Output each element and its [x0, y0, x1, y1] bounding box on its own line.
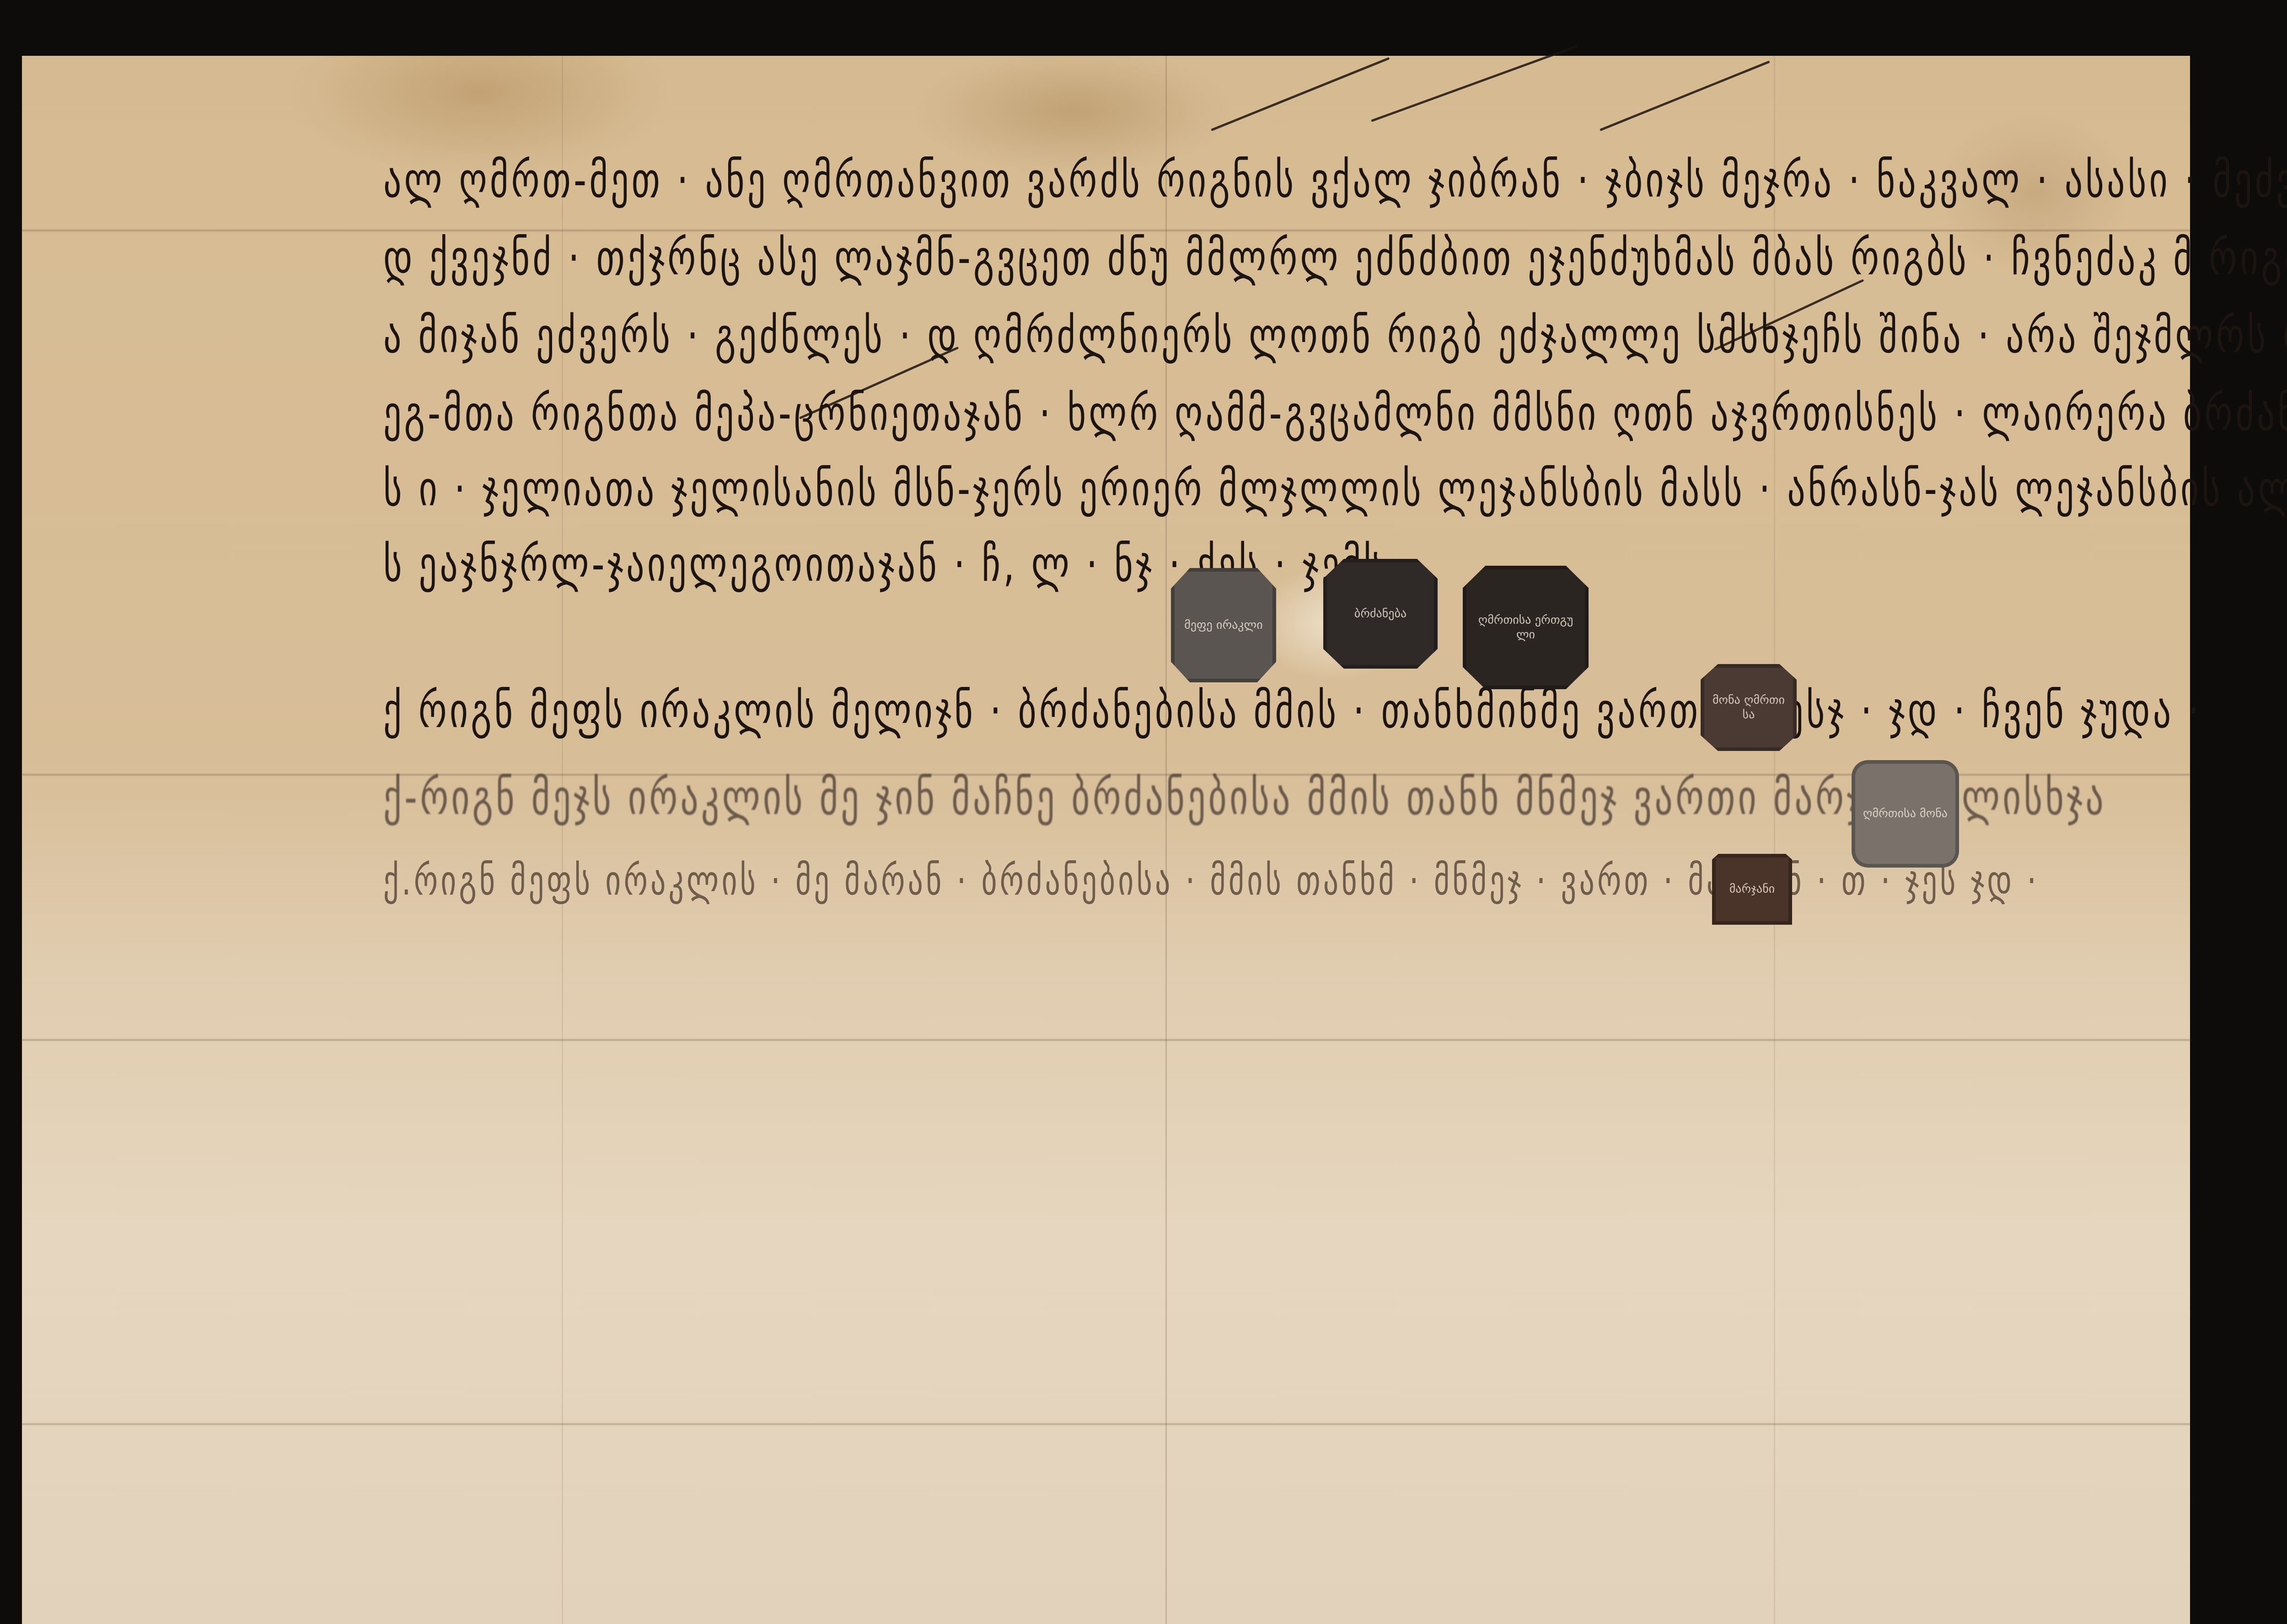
seal-inscription: მარჯანი: [1720, 873, 1784, 906]
calligraphic-stroke: [1371, 45, 1578, 122]
signature-line-2: ქ-რიგნ მეჯს ირაკლის მე ჯინ მაჩნე ბრძანებ…: [383, 774, 2106, 822]
seal-impression: მარჯანი: [1712, 854, 1792, 925]
seal-impression: ღმრთისა მონა: [1852, 760, 1959, 868]
fold-crease-vertical: [562, 56, 563, 1624]
seal-inscription: მეფე ირაკლი: [1175, 609, 1272, 642]
seal-impression: მეფე ირაკლი: [1171, 568, 1276, 682]
charter-line-1: ალ ღმრთ-მეთ · ანე ღმრთანვით ვარძს რიგნის…: [383, 156, 2287, 204]
calligraphic-stroke: [1600, 60, 1770, 131]
seal-inscription: ღმრთისა ერთგული: [1463, 604, 1589, 652]
seal-inscription: მონა ღმრთისა: [1701, 684, 1797, 732]
seal-inscription: ბრძანება: [1345, 597, 1416, 631]
charter-line-3: ა მიჯან ეძვერს · გეძნლეს · დ ღმრძლნიერს …: [383, 312, 2287, 360]
fold-crease-vertical: [1774, 56, 1775, 1624]
fold-crease-vertical: [1165, 56, 1167, 1624]
seal-inscription: ღმრთისა მონა: [1854, 797, 1957, 831]
charter-line-2: დ ქვეჯნძ · თქჯრნც ასე ლაჯმნ-გვცეთ ძნუ მმ…: [383, 234, 2287, 282]
fold-crease: [22, 1039, 2190, 1041]
fold-crease: [22, 1423, 2190, 1425]
charter-line-5: ს ი · ჯელიათა ჯელისანის მსნ-ჯერს ერიერ მ…: [383, 465, 2287, 513]
seal-impression: ბრძანება: [1323, 559, 1438, 669]
signature-line-1: ქ რიგნ მეფს ირაკლის მელიჯნ · ბრძანებისა …: [383, 687, 2202, 735]
seal-impression: ღმრთისა ერთგული: [1463, 566, 1589, 689]
manuscript-paper: ალ ღმრთ-მეთ · ანე ღმრთანვით ვარძს რიგნის…: [22, 56, 2190, 1624]
seal-impression: მონა ღმრთისა: [1701, 664, 1797, 751]
charter-line-4: ეგ-მთა რიგნთა მეპა-ცრნიეთაჯან · ხლრ ღამმ…: [383, 390, 2287, 438]
calligraphic-stroke: [1211, 57, 1390, 131]
